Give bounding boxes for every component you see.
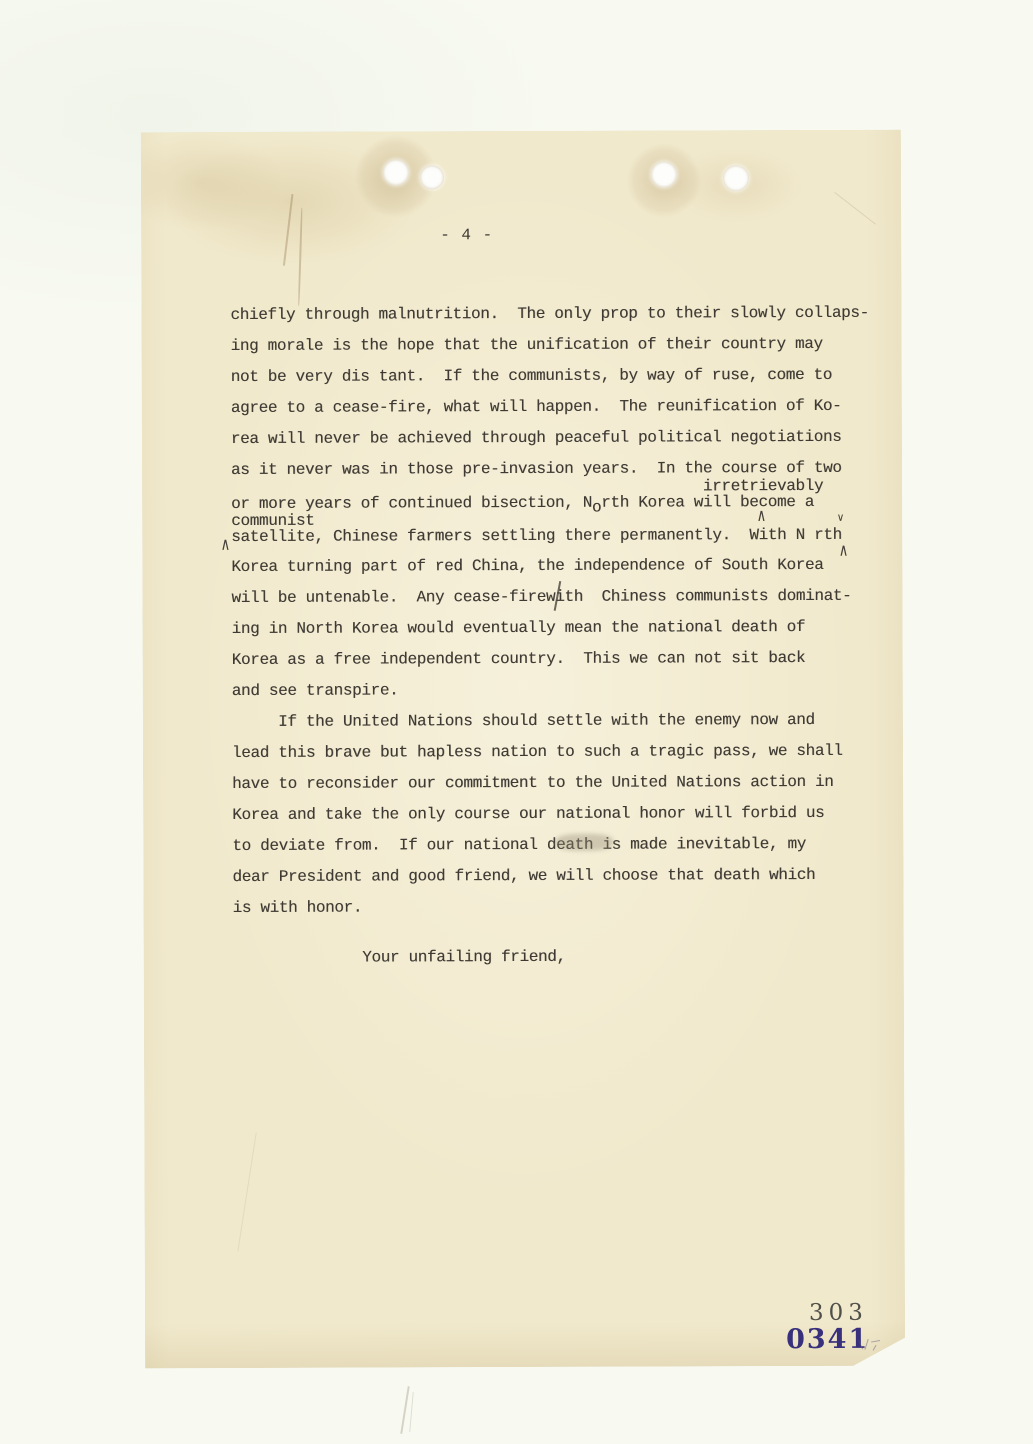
smudge-mark <box>555 834 613 851</box>
slash-mark <box>554 581 561 611</box>
pencil-stroke <box>402 1386 422 1440</box>
letter-paper-sheet: - 4 - chiefly through malnutrition. The … <box>141 130 905 1369</box>
caret-mark: ∧ <box>839 541 848 562</box>
vee-mark: ∨ <box>837 511 844 525</box>
caret-mark: ∧ <box>221 535 230 556</box>
caret-mark: ∧ <box>757 506 766 527</box>
pencil-scribble <box>857 1338 885 1352</box>
correction-marks-layer: ∧∧∨∧ <box>141 130 905 1369</box>
scanned-letter-page: { "page": { "number_label": "- 4 -" }, "… <box>0 0 1033 1444</box>
archive-stamp-gray: 303 <box>809 1300 868 1326</box>
